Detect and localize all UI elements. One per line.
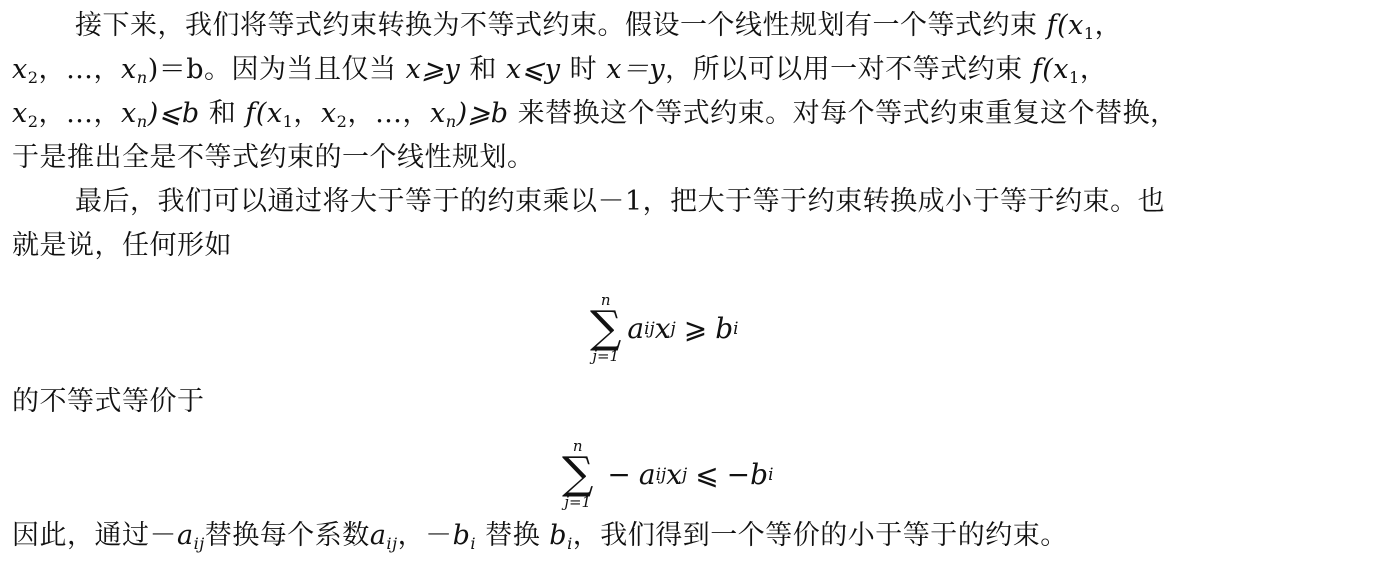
subscript: 2 [28,68,39,87]
subscript: 1 [283,112,294,131]
paragraph1-line4: 于是推出全是不等式约束的一个线性规划。 [12,140,535,176]
math: x [12,98,28,129]
summation: n ∑ j=1 [590,292,621,364]
subscript: i [768,464,773,484]
subscript: ij [386,534,397,553]
relation-symbol: ⩾ [684,312,707,345]
text: 来替换这个等式约束。对每个等式约束重复这个替换， [509,98,1178,129]
text: 和 [200,98,246,129]
subscript: ij [644,318,655,338]
math: x [121,54,137,85]
text: 时 [561,54,607,85]
subscript: j [682,464,687,484]
paragraph1-line1: 接下来，我们将等式约束转换为不等式约束。假设一个线性规划有一个等式约束 f(x1… [75,8,1122,52]
text: ，…， [39,54,122,85]
text: 替换 [476,520,549,551]
math: x⩾y [406,54,461,85]
rhs: b [715,312,733,345]
text: 因此，通过－ [12,520,177,551]
sum-lower-limit: j=1 [592,348,619,364]
math: x [12,54,28,85]
math: b [549,520,567,551]
text: ， [1095,10,1123,41]
minus-sign: − [607,458,630,491]
math: x [321,98,337,129]
text: 和 [460,54,506,85]
rhs: b [750,458,768,491]
subscript: n [137,112,148,131]
relation-symbol: ⩽ [695,458,718,491]
math: x [121,98,137,129]
paragraph1-line3: x2，…，xn)⩽b 和 f(x1，x2，…，xn)⩾b 来替换这个等式约束。对… [12,96,1178,140]
formula-less-equal: n ∑ j=1 −aijxj ⩽− bi [562,438,773,510]
text: ，…， [39,98,122,129]
math: )⩽b [148,98,200,129]
text: 替换每个系数 [205,520,370,551]
document-page: 接下来，我们将等式约束转换为不等式约束。假设一个线性规划有一个等式约束 f(x1… [0,0,1389,565]
text: )＝b。因为当且仅当 [148,54,406,85]
text: ，所以可以用一对不等式约束 [665,54,1032,85]
math: b [453,520,471,551]
text: ，我们得到一个等价的小于等于的约束。 [573,520,1068,551]
paragraph2-line1: 最后，我们可以通过将大于等于的约束乘以－1，把大于等于约束转换成小于等于约束。也 [75,184,1165,220]
math: x⩽y [506,54,561,85]
summation: n ∑ j=1 [562,438,593,510]
subscript: 1 [1084,24,1095,43]
subscript: 2 [337,112,348,131]
variable: x [655,312,671,345]
sigma-symbol: ∑ [562,454,593,494]
subscript: n [137,68,148,87]
subscript: n [446,112,457,131]
coefficient: a [639,458,656,491]
text: ，…， [347,98,430,129]
paragraph1-line2: x2，…，xn)＝b。因为当且仅当 x⩾y 和 x⩽y 时 x＝y，所以可以用一… [12,52,1107,96]
sigma-symbol: ∑ [590,308,621,348]
subscript: i [733,318,738,338]
variable: x [666,458,682,491]
subscript: ij [656,464,667,484]
text: 接下来，我们将等式约束转换为不等式约束。假设一个线性规划有一个等式约束 [75,10,1047,41]
subscript: ij [194,534,205,553]
coefficient: a [627,312,644,345]
text: ， [293,98,321,129]
sum-lower-limit: j=1 [564,494,591,510]
subscript: 2 [28,112,39,131]
minus-sign: − [727,458,750,491]
subscript: 1 [1069,68,1080,87]
subscript: j [671,318,676,338]
math: f(x [1032,54,1069,85]
math: )⩾b [457,98,509,129]
paragraph2-line2: 就是说，任何形如 [12,228,232,264]
math: x＝y [606,54,665,85]
text: ，－ [398,520,453,551]
math: a [370,520,387,551]
conclusion-line: 因此，通过－aij替换每个系数aij，－bi 替换 bi，我们得到一个等价的小于… [12,518,1068,562]
formula-greater-equal: n ∑ j=1 aijxj ⩾ bi [590,292,739,364]
math: f(x [245,98,282,129]
math: f(x [1047,10,1084,41]
math: a [177,520,194,551]
text: ， [1080,54,1108,85]
math: x [430,98,446,129]
middle-text: 的不等式等价于 [12,384,205,420]
